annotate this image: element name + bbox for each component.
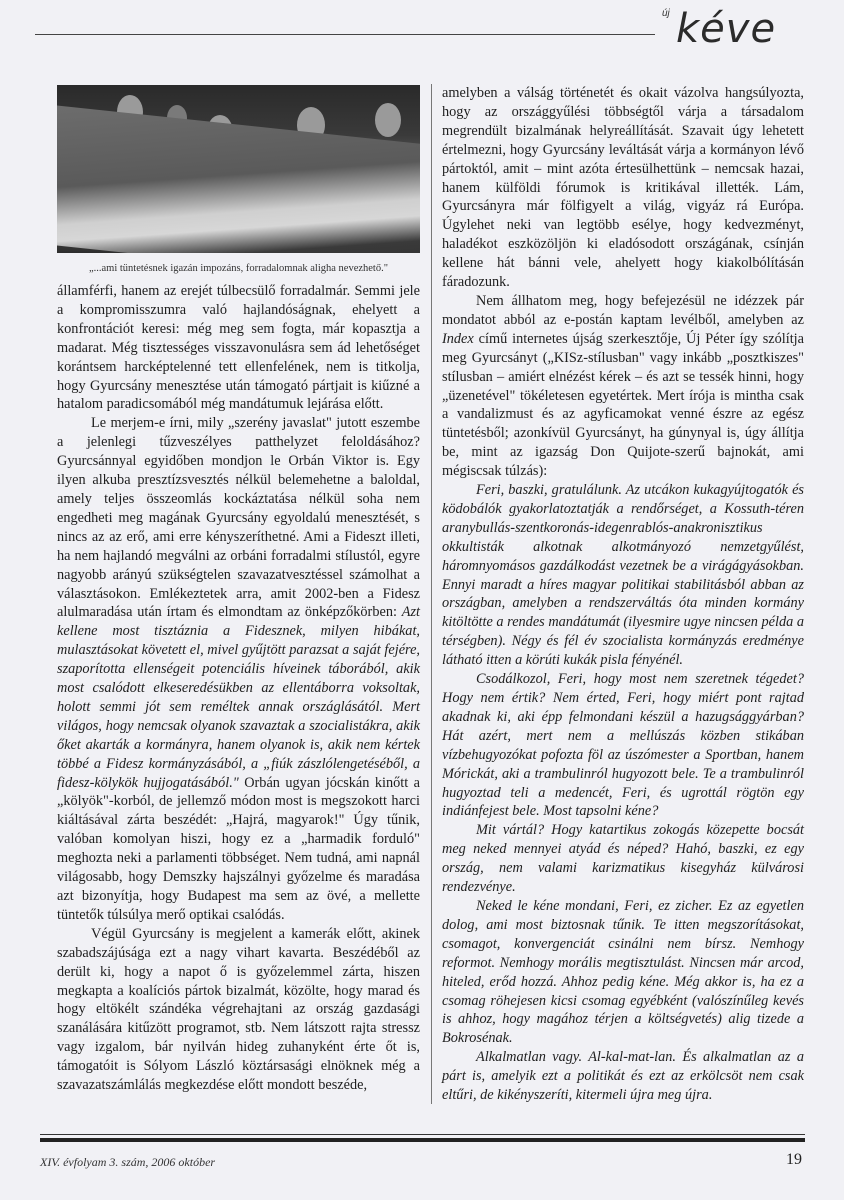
quote-paragraph: Neked le kéne mondani, Feri, ez zicher. …: [442, 897, 804, 1048]
masthead-small: új: [662, 8, 670, 19]
column-divider: [431, 84, 432, 1104]
quote-paragraph: Feri, baszki, gratulálunk. Az utcákon ku…: [442, 481, 804, 670]
protest-photo: [57, 85, 420, 253]
publication-name: Index: [442, 331, 474, 347]
paragraph-text: című internetes újság szerkesztője, Új P…: [442, 331, 804, 479]
quote-paragraph: Csodálkozol, Feri, hogy most nem szeretn…: [442, 670, 804, 821]
issue-info: XIV. évfolyam 3. szám, 2006 október: [40, 1155, 215, 1170]
paragraph-text: Le merjem-e írni, mily „szerény javaslat…: [57, 415, 420, 620]
paragraph-text: Orbán ugyan jócskán kinőtt a „kölyök"-ko…: [57, 775, 420, 923]
paragraph: államférfi, hanem az erejét túlbecsülő f…: [57, 282, 420, 414]
quote-italic: Azt kellene most tisztáznia a Fidesznek,…: [57, 604, 420, 790]
paragraph: Le merjem-e írni, mily „szerény javaslat…: [57, 414, 420, 924]
footer-rule-thick: [40, 1138, 805, 1142]
photo-caption: „...ami tüntetésnek igazán impozáns, for…: [57, 263, 420, 274]
quote-paragraph: Alkalmatlan vagy. Al-kal-mat-lan. És alk…: [442, 1048, 804, 1105]
paragraph-text: Nem állhatom meg, hogy befejezésül ne id…: [442, 293, 804, 328]
quote-paragraph: Mit vártál? Hogy katartikus zokogás köze…: [442, 821, 804, 897]
page-number: 19: [786, 1151, 802, 1169]
left-column: államférfi, hanem az erejét túlbecsülő f…: [57, 282, 420, 1095]
paragraph: Végül Gyurcsány is megjelent a kamerák e…: [57, 925, 420, 1095]
footer-rule: [40, 1134, 805, 1135]
paragraph: amelyben a válság történetét és okait vá…: [442, 84, 804, 292]
right-column: amelyben a válság történetét és okait vá…: [442, 84, 804, 1105]
masthead-title: kéve: [676, 6, 776, 52]
header-rule: [35, 34, 655, 35]
paragraph: Nem állhatom meg, hogy befejezésül ne id…: [442, 292, 804, 481]
photo-flag: [57, 105, 420, 253]
